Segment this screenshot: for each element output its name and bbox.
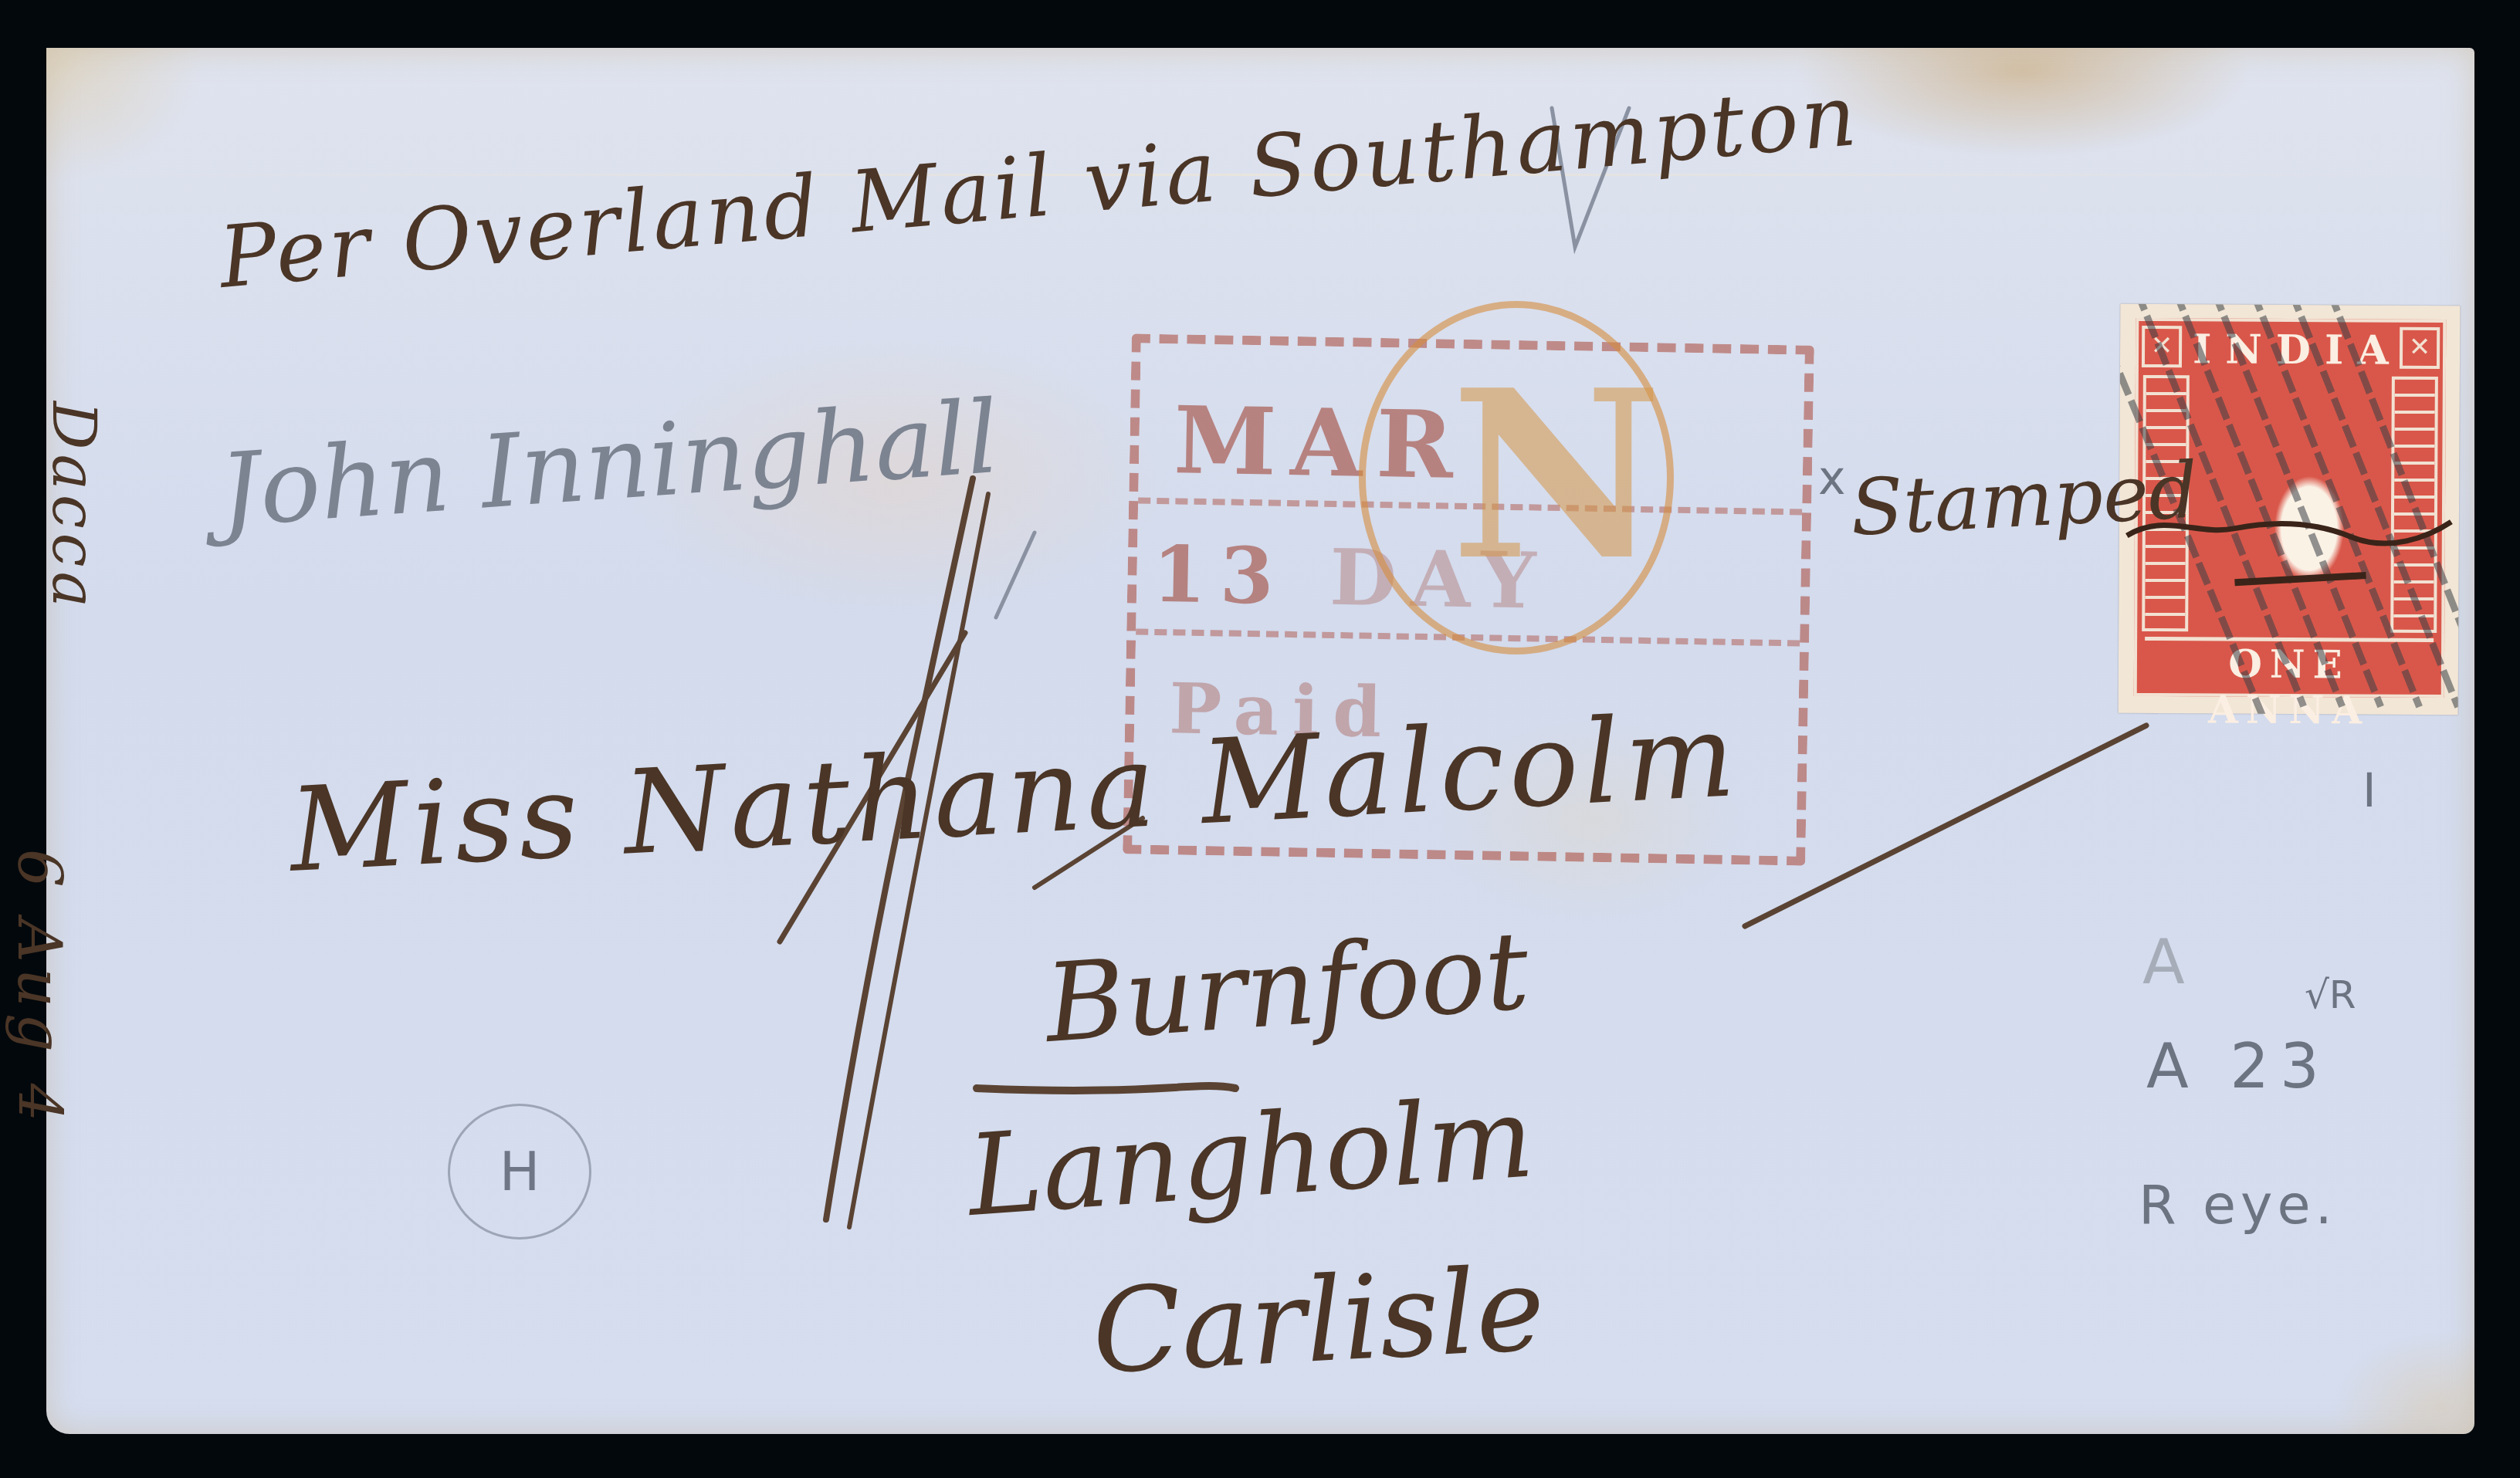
circled-h-letter: H bbox=[500, 1140, 540, 1203]
pencil-note-a: A bbox=[2142, 926, 2185, 998]
side-note-origin: Dacca bbox=[39, 401, 108, 612]
pencil-note-vr: √R bbox=[2305, 972, 2356, 1017]
circled-h-mark: H bbox=[448, 1104, 591, 1240]
stamped-note: Stamped bbox=[1848, 445, 2200, 553]
pencil-note-roman-one: I bbox=[2362, 764, 2376, 818]
side-note-date: 6 Aug 4 bbox=[4, 849, 73, 1128]
pencil-note-x: x bbox=[1818, 452, 1846, 506]
pencil-note-a23: A 23 bbox=[2146, 1030, 2330, 1102]
address-line-3: Carlisle bbox=[1089, 1243, 1548, 1400]
pencil-note-reye: R eye. bbox=[2139, 1173, 2337, 1236]
